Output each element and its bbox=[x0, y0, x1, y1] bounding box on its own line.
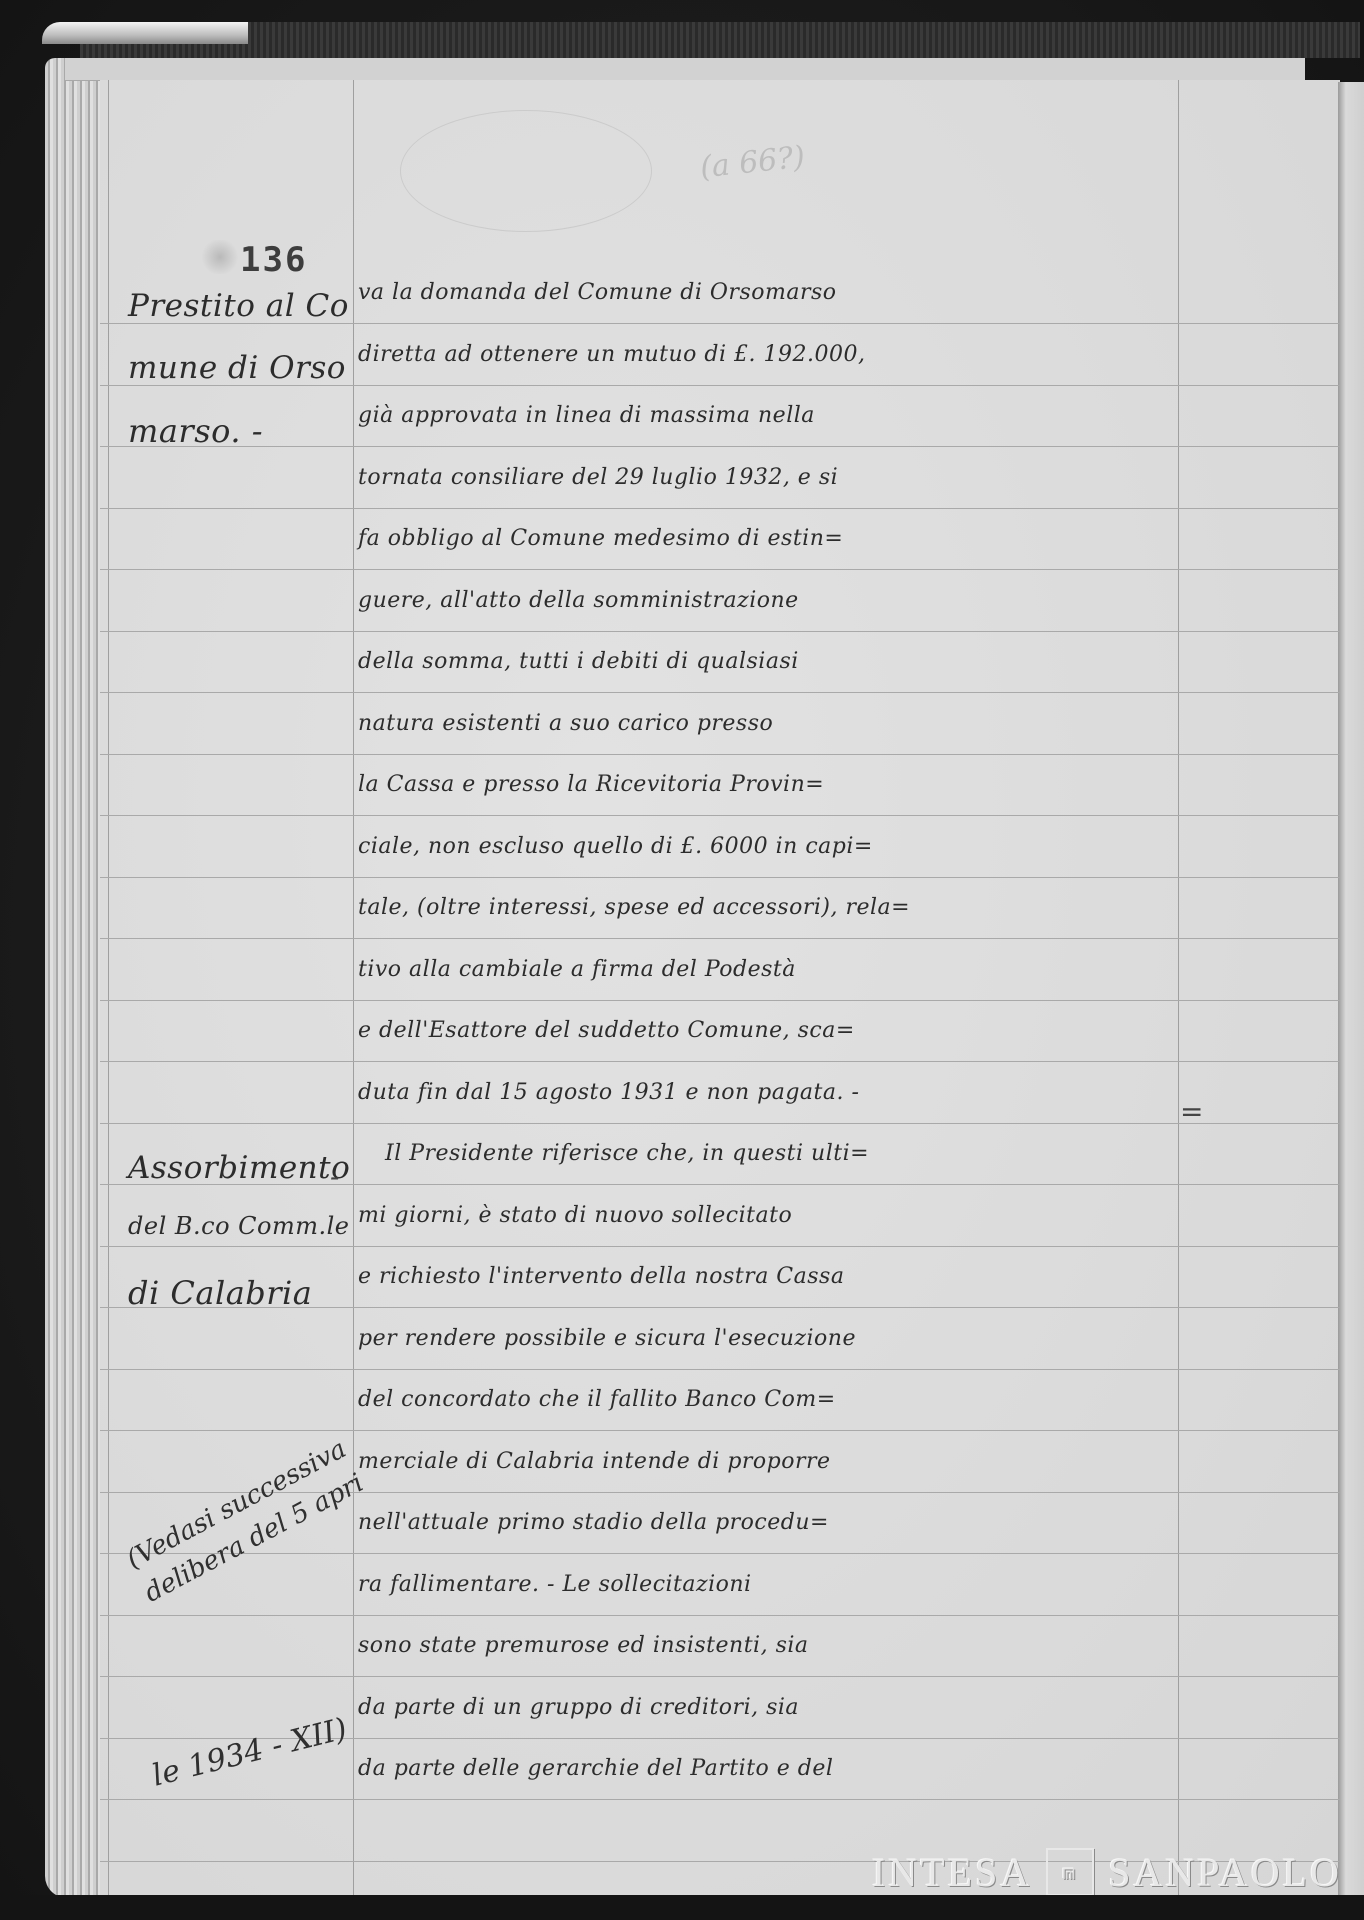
body-text-line: va la domanda del Comune di Orsomarso bbox=[358, 280, 1178, 305]
body-text-line: fa obbligo al Comune medesimo di estin= bbox=[358, 526, 1178, 551]
ruled-line bbox=[100, 877, 1340, 878]
faded-stamp bbox=[200, 240, 240, 274]
body-text-line: tornata consiliare del 29 luglio 1932, e… bbox=[358, 465, 1178, 490]
paragraph-dash: - bbox=[330, 1160, 339, 1193]
body-text-line: nell'attuale primo stadio della procedu= bbox=[358, 1510, 1178, 1535]
body-text-line: da parte delle gerarchie del Partito e d… bbox=[358, 1756, 1178, 1781]
margin-note-loan-line-1: Prestito al Co bbox=[128, 288, 348, 324]
ruled-line bbox=[100, 1061, 1340, 1062]
faint-pencil-circle bbox=[400, 110, 652, 232]
ruled-line bbox=[100, 508, 1340, 509]
ruled-line bbox=[100, 1430, 1340, 1431]
body-text-line: ra fallimentare. - Le sollecitazioni bbox=[358, 1572, 1178, 1597]
watermark-left-text: INTESA bbox=[872, 1849, 1032, 1896]
ruled-line bbox=[100, 631, 1340, 632]
body-text-line: tale, (oltre interessi, spese ed accesso… bbox=[358, 895, 1178, 920]
margin-note-loan-line-2: mune di Orso bbox=[128, 350, 348, 386]
page-top-edge bbox=[65, 58, 1305, 81]
ruled-line bbox=[100, 1553, 1340, 1554]
metal-corner-guard bbox=[42, 22, 248, 44]
margin-column-rule bbox=[353, 80, 354, 1895]
intesa-sanpaolo-watermark: INTESA ⩎ SANPAOLO bbox=[872, 1848, 1342, 1896]
ruled-line bbox=[100, 1799, 1340, 1800]
body-text-line: e dell'Esattore del suddetto Comune, sca… bbox=[358, 1018, 1178, 1043]
ruled-line bbox=[100, 815, 1340, 816]
page-number: 136 bbox=[240, 240, 307, 280]
body-text-line: del concordato che il fallito Banco Com= bbox=[358, 1387, 1178, 1412]
margin-note-absorption-line-2: del B.co Comm.le bbox=[128, 1212, 348, 1240]
ruled-line bbox=[100, 1123, 1340, 1124]
ruled-line bbox=[100, 1615, 1340, 1616]
body-text-line: ciale, non escluso quello di £. 6000 in … bbox=[358, 834, 1178, 859]
body-text-line: per rendere possibile e sicura l'esecuzi… bbox=[358, 1326, 1178, 1351]
body-text-line: duta fin dal 15 agosto 1931 e non pagata… bbox=[358, 1080, 1178, 1105]
body-text-line: da parte di un gruppo di creditori, sia bbox=[358, 1695, 1178, 1720]
ruled-line bbox=[100, 692, 1340, 693]
right-column-rule bbox=[1178, 80, 1179, 1895]
body-text-line: guere, all'atto della somministrazione bbox=[358, 588, 1178, 613]
line-end-dash: = bbox=[1180, 1095, 1203, 1128]
body-text-line: della somma, tutti i debiti di qualsiasi bbox=[358, 649, 1178, 674]
body-text-line: natura esistenti a suo carico presso bbox=[358, 711, 1178, 736]
facing-page-edge bbox=[1338, 82, 1364, 1920]
ruled-line bbox=[100, 1676, 1340, 1677]
body-text-line: merciale di Calabria intende di proporre bbox=[358, 1449, 1178, 1474]
ruled-line bbox=[100, 1369, 1340, 1370]
bank-logo-icon: ⩎ bbox=[1046, 1848, 1094, 1896]
ruled-line bbox=[100, 569, 1340, 570]
body-text-line: mi giorni, è stato di nuovo sollecitato bbox=[358, 1203, 1178, 1228]
table-surface bbox=[0, 1895, 1364, 1920]
body-text-line: già approvata in linea di massima nella bbox=[358, 403, 1178, 428]
body-text-line: sono state premurose ed insistenti, sia bbox=[358, 1633, 1178, 1658]
ruled-line bbox=[100, 1000, 1340, 1001]
body-text-line: tivo alla cambiale a firma del Podestà bbox=[358, 957, 1178, 982]
margin-note-absorption-line-1: Assorbimento bbox=[128, 1150, 348, 1186]
margin-note-loan-line-3: marso. - bbox=[128, 412, 348, 450]
page-stack-edges bbox=[45, 58, 105, 1898]
ruled-line bbox=[100, 1246, 1340, 1247]
page-left-border bbox=[108, 80, 109, 1895]
ruled-line bbox=[100, 754, 1340, 755]
body-text-line: e richiesto l'intervento della nostra Ca… bbox=[358, 1264, 1178, 1289]
binding-cloth bbox=[80, 22, 1360, 58]
body-text-line: diretta ad ottenere un mutuo di £. 192.0… bbox=[358, 342, 1178, 367]
margin-note-absorption-line-3: di Calabria bbox=[128, 1274, 348, 1312]
body-text-line: la Cassa e presso la Ricevitoria Provin= bbox=[358, 772, 1178, 797]
body-text-line: Il Presidente riferisce che, in questi u… bbox=[385, 1141, 1205, 1166]
watermark-right-text: SANPAOLO bbox=[1108, 1849, 1342, 1896]
ruled-line bbox=[100, 938, 1340, 939]
